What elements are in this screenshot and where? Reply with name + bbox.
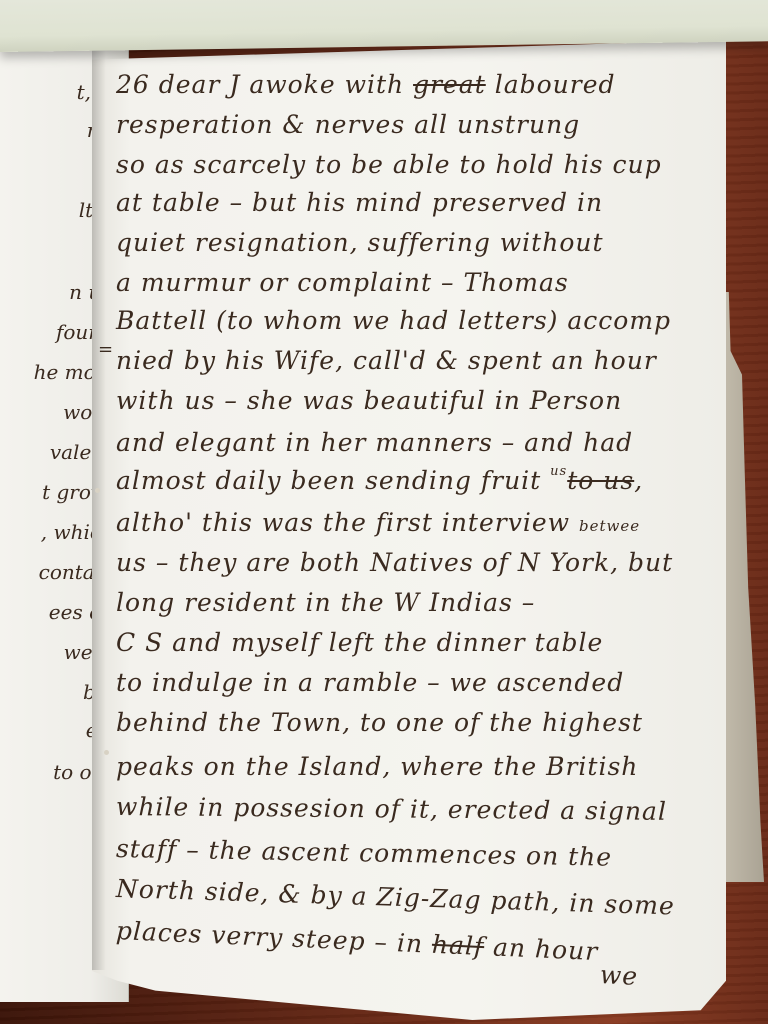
manuscript-line: almost daily been sending fruit usto us,: [116, 466, 643, 495]
manuscript-line: Battell (to whom we had letters) accomp: [116, 306, 671, 335]
line-text: C S and myself left the dinner table: [116, 628, 603, 657]
manuscript-line: at table – but his mind preserved in: [116, 188, 603, 217]
line-text: at table – but his mind preserved in: [116, 188, 603, 217]
page-gutter: [92, 40, 106, 970]
manuscript-line: a murmur or complaint – Thomas: [116, 268, 569, 297]
manuscript-line: we: [599, 960, 639, 991]
manuscript-line: quiet resignation, suffering without: [116, 228, 604, 257]
line-text: a murmur or complaint – Thomas: [116, 268, 569, 297]
manuscript-line: resperation & nerves all unstrung: [116, 110, 580, 139]
manuscript-line: C S and myself left the dinner table: [116, 628, 603, 657]
manuscript-line: behind the Town, to one of the highest: [116, 708, 643, 737]
line-text: us – they are both Natives of N York, bu…: [116, 548, 673, 577]
manuscript-line: to indulge in a ramble – we ascended: [116, 668, 624, 697]
line-text: while in possesion of it, erected a sign…: [116, 792, 667, 826]
squeezed-word: betwee: [579, 517, 640, 535]
inserted-word: us: [550, 464, 567, 479]
manuscript-line: long resident in the W Indias –: [116, 588, 535, 617]
line-text: to indulge in a ramble – we ascended: [116, 668, 624, 697]
line-text-after: ,: [634, 466, 643, 495]
manuscript-line: 26 dear J awoke with great laboured: [116, 70, 616, 99]
line-text: peaks on the Island, where the British: [116, 752, 638, 781]
line-text: we: [599, 960, 639, 991]
manuscript-line: peaks on the Island, where the British: [116, 752, 638, 781]
binding-stitch: [95, 488, 100, 493]
line-text: resperation & nerves all unstrung: [116, 110, 580, 139]
line-text: 26 dear J awoke with: [116, 70, 413, 99]
manuscript-line: and elegant in her manners – and had: [116, 428, 633, 457]
struck-word: half: [431, 930, 484, 961]
manuscript-line: with us – she was beautiful in Person: [116, 386, 622, 415]
line-text: quiet resignation, suffering without: [116, 228, 604, 257]
line-text: nied by his Wife, call'd & spent an hour: [116, 346, 657, 375]
line-text: behind the Town, to one of the highest: [116, 708, 643, 737]
line-text-after: laboured: [486, 70, 616, 99]
manuscript-line: so as scarcely to be able to hold his cu…: [116, 150, 662, 179]
manuscript-line: while in possesion of it, erected a sign…: [116, 792, 667, 826]
line-text: altho' this was the first interview: [116, 508, 579, 537]
line-text: almost daily been sending fruit: [116, 466, 550, 495]
struck-word: to us: [567, 466, 634, 495]
line-text: long resident in the W Indias –: [116, 588, 535, 617]
manuscript-line: nied by his Wife, call'd & spent an hour: [116, 346, 657, 375]
line-text: and elegant in her manners – and had: [116, 428, 633, 457]
binding-stitch: [104, 750, 109, 755]
manuscript-line: us – they are both Natives of N York, bu…: [116, 548, 673, 577]
struck-word: great: [413, 70, 486, 99]
line-text: with us – she was beautiful in Person: [116, 386, 622, 415]
line-text: Battell (to whom we had letters) accomp: [116, 306, 671, 335]
line-text-after: an hour: [484, 932, 599, 966]
margin-mark: =: [98, 339, 113, 360]
line-text: so as scarcely to be able to hold his cu…: [116, 150, 662, 179]
manuscript-line: altho' this was the first interview betw…: [116, 508, 640, 537]
